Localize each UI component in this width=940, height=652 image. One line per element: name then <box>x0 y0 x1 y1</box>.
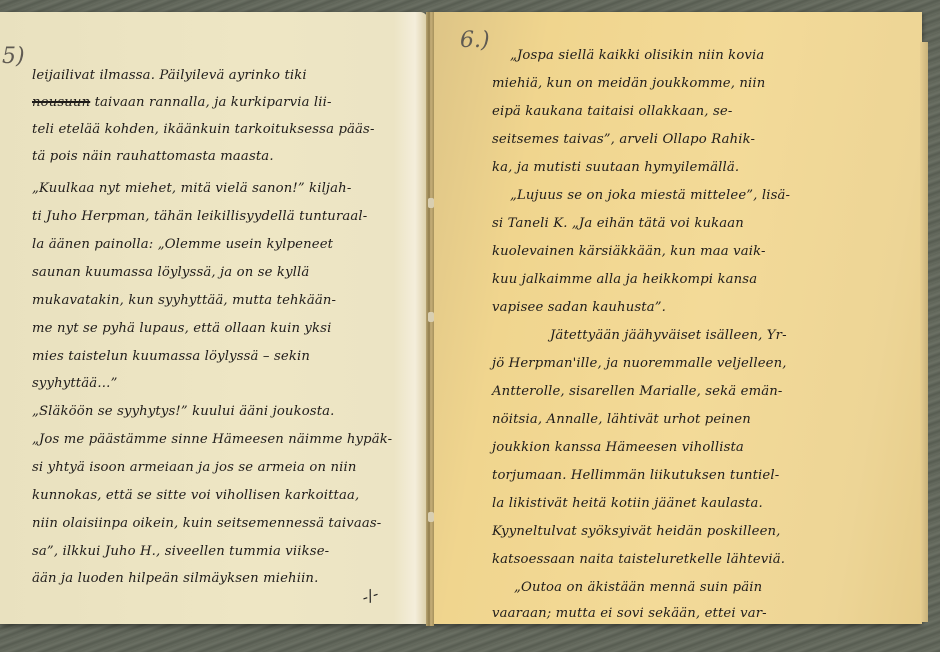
text-line: ka, ja mutisti suutaan hymyilemällä. <box>492 160 739 175</box>
text-line: Kyyneltulvat syöksyivät heidän poskillee… <box>492 524 781 539</box>
text-line: niin olaisiinpa oikein, kuin seitsemenne… <box>32 516 381 531</box>
text-line: syyhyttää…” <box>32 376 118 391</box>
text-line: la likistivät heitä kotiin jäänet kaulas… <box>492 496 763 511</box>
text-line: me nyt se pyhä lupaus, että ollaan kuin … <box>32 321 331 336</box>
text-line: „Jos me päästämme sinne Hämeesen näimme … <box>32 432 392 447</box>
text-line: „Jospa siellä kaikki olisikin niin kovia <box>510 48 764 63</box>
text-line: leijailivat ilmassa. Päilyilevä ayrinko … <box>32 68 307 83</box>
text-line: kuolevainen kärsiäkkään, kun maa vaik- <box>492 244 766 259</box>
binding-stitch <box>428 512 434 522</box>
text-line: vapisee sadan kauhusta”. <box>492 300 666 315</box>
text-line: miehiä, kun on meidän joukkomme, niin <box>492 76 765 91</box>
text-line: joukkion kanssa Hämeesen vihollista <box>492 440 744 455</box>
text-line: saunan kuumassa löylyssä, ja on se kyllä <box>32 265 309 280</box>
text-line: „Släköön se syyhytys!” kuului ääni jouko… <box>32 404 335 419</box>
text-line-rest: taivaan rannalla, ja kurkiparvia lii- <box>90 95 331 110</box>
text-line: „Kuulkaa nyt miehet, mitä vielä sanon!” … <box>32 181 351 196</box>
text-line: mukavatakin, kun syyhyttää, mutta tehkää… <box>32 293 336 308</box>
text-line: eipä kaukana taitaisi ollakkaan, se- <box>492 104 732 119</box>
text-line: kuu jalkaimme alla ja heikkompi kansa <box>492 272 757 287</box>
text-line: „Outoa on äkistään mennä suin päin <box>514 580 762 595</box>
text-line: ään ja luoden hilpeän silmäyksen miehiin… <box>32 571 318 586</box>
text-line: kunnokas, että se sitte voi vihollisen k… <box>32 488 359 503</box>
binding-stitch <box>428 198 434 208</box>
text-line: vaaraan; mutta ei sovi sekään, ettei var… <box>492 606 767 621</box>
text-line: torjumaan. Hellimmän liikutuksen tuntiel… <box>492 468 779 483</box>
text-line: nousuun taivaan rannalla, ja kurkiparvia… <box>32 95 332 110</box>
text-line: mies taistelun kuumassa löylyssä – sekin <box>32 349 310 364</box>
text-line: jö Herpman'ille, ja nuoremmalle veljelle… <box>492 356 787 371</box>
text-line: Jätettyään jäähyväiset isälleen, Yr- <box>550 328 787 343</box>
text-line: Antterolle, sisarellen Marialle, sekä em… <box>492 384 783 399</box>
right-page-number: 6.) <box>460 28 490 53</box>
text-line: la äänen painolla: „Olemme usein kylpene… <box>32 237 333 252</box>
text-line: katsoessaan naita taisteluretkelle lähte… <box>492 552 785 567</box>
text-line: seitsemes taivas”, arveli Ollapo Rahik- <box>492 132 755 147</box>
text-line: sa”, ilkkui Juho H., siveellen tummia vi… <box>32 544 329 559</box>
text-line: teli etelää kohden, ikäänkuin tarkoituks… <box>32 122 375 137</box>
text-line: nöitsia, Annalle, lähtivät urhot peinen <box>492 412 751 427</box>
text-line: si Taneli K. „Ja eihän tätä voi kukaan <box>492 216 744 231</box>
text-line: si yhtyä isoon armeiaan ja jos se armeia… <box>32 460 356 475</box>
struck-word: nousuun <box>32 95 90 110</box>
text-line: ti Juho Herpman, tähän leikillisyydellä … <box>32 209 367 224</box>
binding-stitch <box>428 312 434 322</box>
text-line: „Lujuus se on joka miestä mittelee”, lis… <box>510 188 790 203</box>
left-page-number: 5) <box>2 44 25 69</box>
text-line: tä pois näin rauhattomasta maasta. <box>32 149 274 164</box>
